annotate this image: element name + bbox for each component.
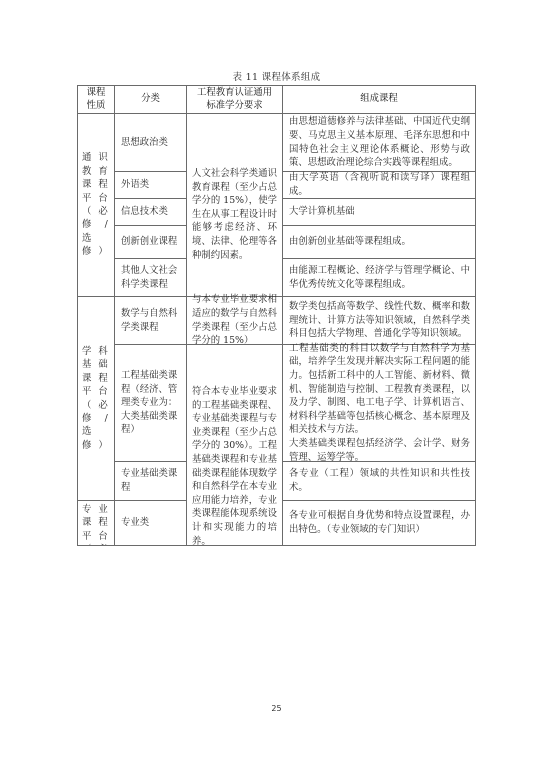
- header-composition: 组成课程: [283, 86, 475, 113]
- composition-cell: 由思想道德修养与法律基础、中国近代史纲要、马克思主义基本原理、毛泽东思想和中国特…: [283, 114, 475, 171]
- nature-label: 专业课程平台（必: [82, 503, 114, 545]
- table-border-right: [475, 85, 476, 546]
- category-cell: 数学与自然科学类课程: [115, 297, 186, 344]
- nature-label: 学科基础课程平台（必修/选修）: [82, 345, 115, 452]
- category-cell: 外语类: [115, 172, 186, 198]
- requirement-cell-shared: 符合本专业毕业要求的工程基础类课程、专业基础类课程与专业类课程（至少占总学分的 …: [187, 385, 282, 545]
- course-system-table: 课程 性质 分类 工程教育认证通用 标准学分要求 组成课程 通识教育课程平台（必…: [77, 85, 476, 546]
- category-cell: 专业基础类课程: [115, 462, 186, 500]
- category-cell: 专业类: [115, 501, 186, 545]
- composition-cell: 由创新创业基础等课程组成。: [283, 226, 475, 258]
- requirement-cell: 与本专业毕业要求相适应的数学与自然科学类课程（至少占总学分的 15%）: [187, 297, 282, 344]
- section-nature-major: 专业课程平台（必: [78, 501, 114, 545]
- composition-cell: 大学计算机基础: [283, 199, 475, 225]
- table-caption: 表 11 课程体系组成: [0, 69, 553, 83]
- requirement-cell: 人文社会科学类通识教育课程（至少占总学分的 15%），使学生在从事工程设计时能够…: [187, 167, 282, 277]
- composition-cell: 由大学英语（含视听说和读写译）课程组成。: [283, 172, 475, 198]
- section-nature-general: 通识教育课程平台（必修/选修）: [78, 114, 114, 296]
- composition-cell: 各专业（工程）领域的共性知识和共性技术。: [283, 462, 475, 500]
- category-cell: 信息技术类: [115, 199, 186, 225]
- page-number: 25: [0, 704, 553, 713]
- header-category: 分类: [115, 86, 186, 113]
- category-cell: 创新创业课程: [115, 226, 186, 258]
- section-nature-discipline: 学科基础课程平台（必修/选修）: [78, 297, 114, 500]
- composition-cell: 各专业可根据自身优势和特点设置课程，办出特色。（专业领域的专门知识）: [283, 501, 475, 545]
- category-cell: 其他人文社会科学类课程: [115, 259, 186, 296]
- composition-cell: 由能源工程概论、经济学与管理学概论、中华优秀传统文化等课程组成。: [283, 259, 475, 296]
- header-nature: 课程 性质: [78, 86, 114, 113]
- header-requirement: 工程教育认证通用 标准学分要求: [187, 86, 282, 113]
- nature-label: 通识教育课程平台（必修/选修）: [82, 151, 115, 258]
- category-cell: 思想政治类: [115, 114, 186, 171]
- category-cell: 工程基础类课程（经济、管理类专业为：大类基础类课程）: [115, 345, 186, 461]
- composition-cell: 数学类包括高等数学、线性代数、概率和数理统计、计算方法等知识领域，自然科学类科目…: [283, 297, 475, 344]
- composition-cell: 工程基础类的科目以数学与自然科学为基础，培养学生发现并解决实际工程问题的能力。包…: [283, 345, 475, 461]
